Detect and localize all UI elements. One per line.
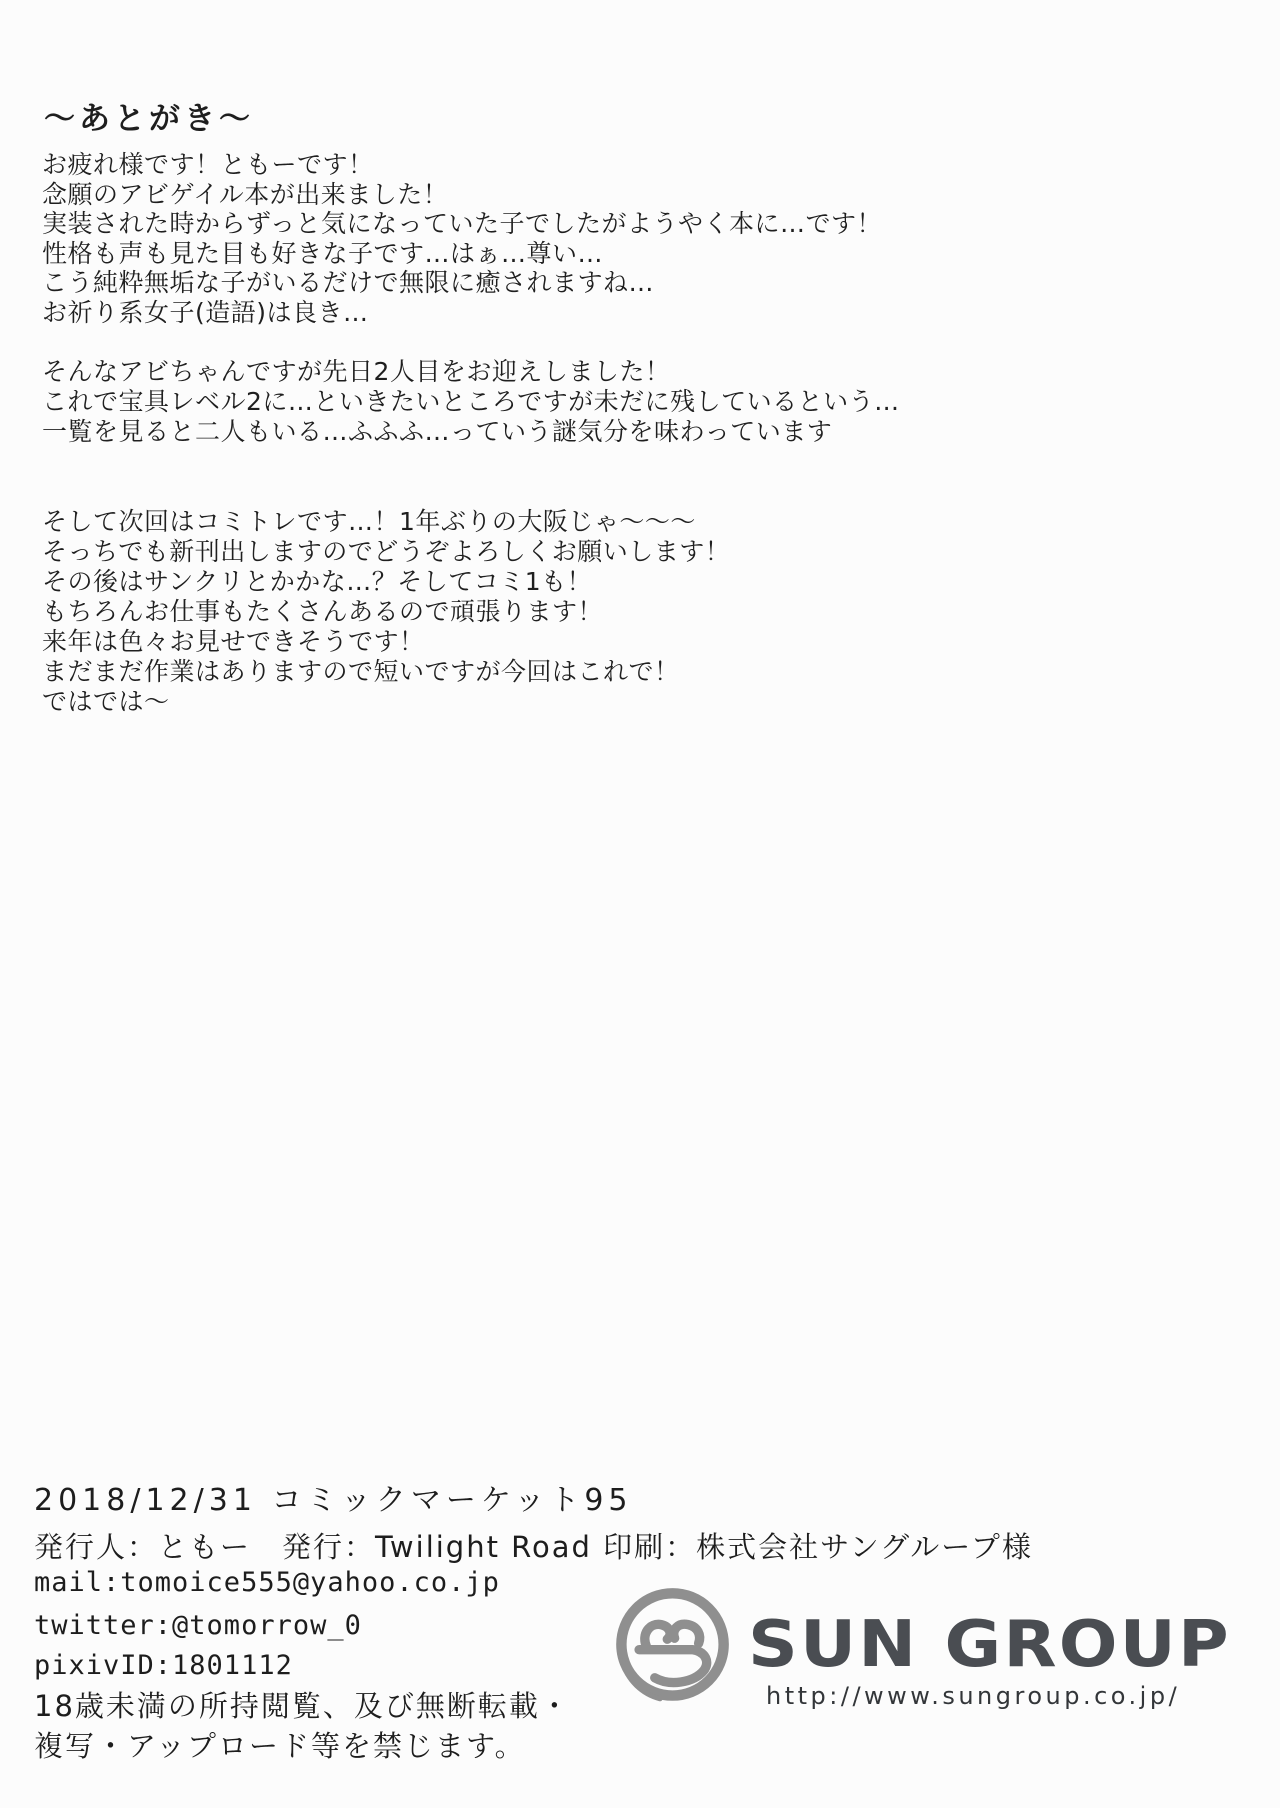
body-line: そっちでも新刊出しますのでどうぞよろしくお願いします！ [42, 537, 730, 567]
body-line: ではでは～ [42, 687, 730, 717]
afterword-paragraph-2: そんなアビちゃんですが先日2人目をお迎えしました！ これで宝具レベル2に…といき… [42, 357, 900, 447]
body-line: お疲れ様です！ともーです！ [42, 150, 882, 180]
colophon-twitter-line: twitter:@tomorrow_0 [34, 1610, 362, 1641]
body-line: もちろんお仕事もたくさんあるので頑張ります！ [42, 597, 730, 627]
afterword-paragraph-1: お疲れ様です！ともーです！ 念願のアビゲイル本が出来ました！ 実装された時からず… [42, 150, 882, 327]
body-line: 念願のアビゲイル本が出来ました！ [42, 180, 882, 210]
body-line: そして次回はコミトレです…！1年ぶりの大阪じゃ～～～ [42, 507, 730, 537]
body-line: 来年は色々お見せできそうです！ [42, 627, 730, 657]
printer-logo-url: http://www.sungroup.co.jp/ [766, 1682, 1180, 1710]
colophon-mail-line: mail:tomoice555@yahoo.co.jp [34, 1567, 500, 1598]
body-line: そんなアビちゃんですが先日2人目をお迎えしました！ [42, 357, 900, 387]
body-line: お祈り系女子(造語)は良き… [42, 298, 882, 328]
afterword-paragraph-3: そして次回はコミトレです…！1年ぶりの大阪じゃ～～～ そっちでも新刊出しますので… [42, 507, 730, 717]
afterword-page: ～あとがき～ お疲れ様です！ともーです！ 念願のアビゲイル本が出来ました！ 実装… [0, 0, 1280, 1808]
body-line: 実装された時からずっと気になっていた子でしたがようやく本に…です！ [42, 209, 882, 239]
body-line: これで宝具レベル2に…といきたいところですが未だに残しているという… [42, 387, 900, 417]
colophon-publisher-line: 発行人：ともー 発行：Twilight Road 印刷：株式会社サングループ様 [34, 1525, 1033, 1566]
printer-logo-name: SUN GROUP [748, 1608, 1231, 1682]
printer-logo: SUN GROUP http://www.sungroup.co.jp/ [608, 1582, 1258, 1722]
colophon-event-line: 2018/12/31 コミックマーケット95 [34, 1475, 633, 1519]
colophon-notice-line-1: 18歳未満の所持閲覧、及び無断転載・ [34, 1684, 571, 1725]
body-line: まだまだ作業はありますので短いですが今回はこれで！ [42, 657, 730, 687]
sun-group-emblem-icon [612, 1586, 732, 1706]
colophon-notice-line-2: 複写・アップロード等を禁じます。 [34, 1724, 526, 1765]
body-line: その後はサンクリとかかな…？そしてコミ1も！ [42, 567, 730, 597]
body-line: 性格も声も見た目も好きな子です…はぁ…尊い… [42, 239, 882, 269]
body-line: 一覧を見ると二人もいる…ふふふ…っていう謎気分を味わっています [42, 417, 900, 447]
colophon-pixiv-line: pixivID:1801112 [34, 1650, 293, 1681]
body-line: こう純粋無垢な子がいるだけで無限に癒されますね… [42, 268, 882, 298]
afterword-title: ～あとがき～ [44, 93, 254, 138]
